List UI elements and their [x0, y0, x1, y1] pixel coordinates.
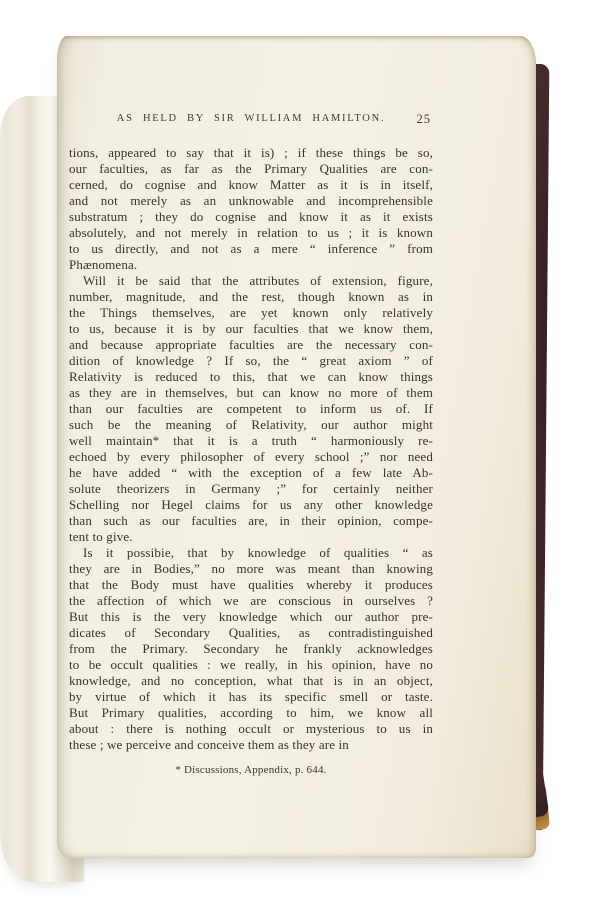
text-line: absolutely, and not merely in relation t…	[69, 225, 433, 241]
text-line: cerned, do cognise and know Matter as it…	[69, 177, 433, 193]
text-line: he have added “ with the exception of a …	[69, 465, 433, 481]
text-line: as they are in themselves, but can know …	[69, 385, 433, 401]
paragraph: Is it possibie, that by knowledge of qua…	[69, 545, 433, 753]
text-line: tions, appeared to say that it is) ; if …	[69, 145, 433, 161]
text-line: Is it possibie, that by knowledge of qua…	[69, 545, 433, 561]
running-title: AS HELD BY SIR WILLIAM HAMILTON.	[69, 113, 433, 124]
paragraph: Will it be said that the attributes of e…	[69, 273, 433, 545]
text-line: than our faculties are competent to info…	[69, 401, 433, 417]
text-line: to be occult qualities : we really, in h…	[69, 657, 433, 673]
text-line: dition of knowledge ? If so, the “ great…	[69, 353, 433, 369]
text-line: such be the meaning of Relativity, our a…	[69, 417, 433, 433]
text-line: by virtue of which it has its specific s…	[69, 689, 433, 705]
text-line: our faculties, as far as the Primary Qua…	[69, 161, 433, 177]
text-line: Will it be said that the attributes of e…	[69, 273, 433, 289]
text-line: Phænomena.	[69, 257, 433, 273]
text-line: Schelling nor Hegel claims for us any ot…	[69, 497, 433, 513]
book-photo: AS HELD BY SIR WILLIAM HAMILTON. 25 tion…	[0, 0, 590, 900]
text-line: number, magnitude, and the rest, though …	[69, 289, 433, 305]
text-line: and not merely as an unknowable and inco…	[69, 193, 433, 209]
text-line: tent to give.	[69, 529, 433, 545]
paragraphs: tions, appeared to say that it is) ; if …	[69, 145, 433, 753]
text-line: they are in Bodies,” no more was meant t…	[69, 561, 433, 577]
text-line: these ; we perceive and conceive them as…	[69, 737, 433, 753]
text-line: that the Body must have qualities whereb…	[69, 577, 433, 593]
text-line: the Things themselves, are yet known onl…	[69, 305, 433, 321]
text-line: solute theorizers in Germany ;” for cert…	[69, 481, 433, 497]
text-line: about : there is nothing occult or myste…	[69, 721, 433, 737]
text-line: to us, because it is by our faculties th…	[69, 321, 433, 337]
paragraph: tions, appeared to say that it is) ; if …	[69, 145, 433, 273]
page-header: AS HELD BY SIR WILLIAM HAMILTON. 25	[69, 113, 433, 129]
text-line: echoed by every philosopher of every sch…	[69, 449, 433, 465]
text-block: tions, appeared to say that it is) ; if …	[69, 145, 433, 778]
text-line: and because appropriate faculties are th…	[69, 337, 433, 353]
text-line: But Primary qualities, according to him,…	[69, 705, 433, 721]
text-line: well maintain* that it is a truth “ harm…	[69, 433, 433, 449]
book-page: AS HELD BY SIR WILLIAM HAMILTON. 25 tion…	[57, 36, 536, 858]
text-line: to us directly, and not as a mere “ infe…	[69, 241, 433, 257]
text-line: But this is the very knowledge which our…	[69, 609, 433, 625]
text-line: dicates of Secondary Qualities, as contr…	[69, 625, 433, 641]
text-line: from the Primary. Secondary he frankly a…	[69, 641, 433, 657]
text-line: the affection of which we are conscious …	[69, 593, 433, 609]
page-number: 25	[417, 112, 432, 127]
text-line: than such as our faculties are, in their…	[69, 513, 433, 529]
text-line: knowledge, and no conception, what that …	[69, 673, 433, 689]
text-line: substratum ; they do cognise and know it…	[69, 209, 433, 225]
text-line: Relativity is reduced to this, that we c…	[69, 369, 433, 385]
footnote: * Discussions, Appendix, p. 644.	[69, 762, 433, 778]
